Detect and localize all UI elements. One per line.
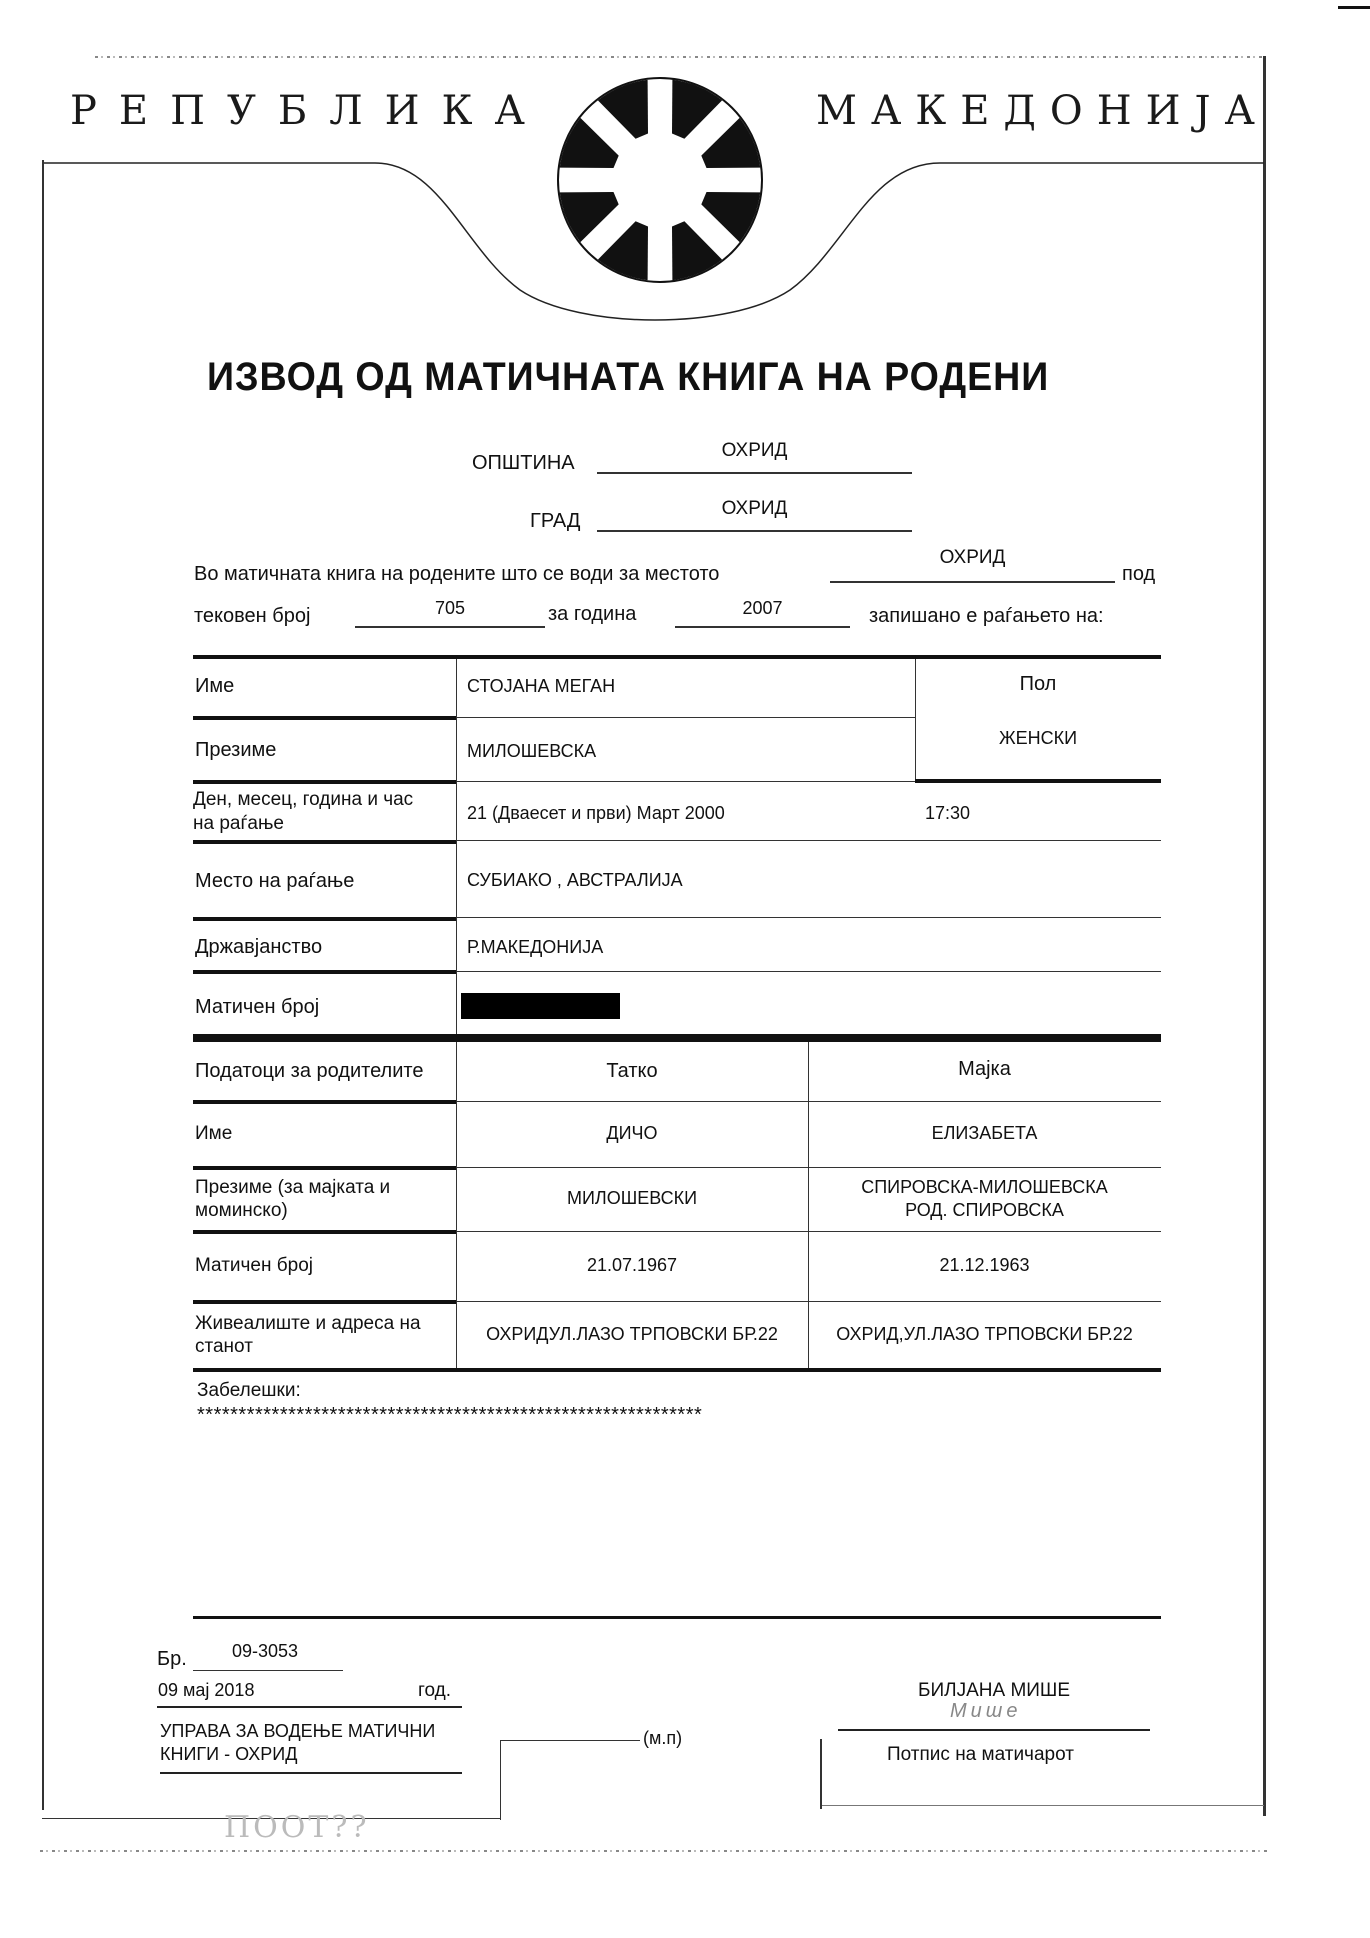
mother-value: 21.12.1963 bbox=[808, 1231, 1161, 1300]
table-rule bbox=[456, 840, 1161, 841]
parent-row-label-line: моминско) bbox=[195, 1199, 455, 1222]
register-sentence-part1: Во матичната книга на родените што се во… bbox=[194, 563, 719, 586]
office-line2: КНИГИ - ОХРИД bbox=[160, 1743, 435, 1766]
id-number-label: Матичен број bbox=[195, 996, 319, 1019]
father-value-line: 21.07.1967 bbox=[456, 1254, 808, 1277]
parent-row-label-line: Име bbox=[195, 1122, 455, 1145]
table-rule bbox=[915, 779, 1161, 783]
sex-value: ЖЕНСКИ bbox=[915, 728, 1161, 749]
city-value: ОХРИД bbox=[597, 498, 912, 520]
sequence-label: тековен број bbox=[194, 605, 310, 628]
seal-line-vertical bbox=[500, 1740, 501, 1820]
parent-row-label: Име bbox=[195, 1101, 455, 1166]
father-value: 21.07.1967 bbox=[456, 1231, 808, 1300]
register-sentence-part2: под bbox=[1122, 563, 1155, 586]
table-rule bbox=[193, 970, 456, 974]
parent-row-label-line: Презиме (за мајката и bbox=[195, 1176, 455, 1199]
registrar-name: БИЛЈАНА МИШЕ bbox=[918, 1680, 1070, 1702]
municipality-value: ОХРИД bbox=[597, 440, 912, 462]
father-header: Татко bbox=[456, 1060, 808, 1083]
number-label: Бр. bbox=[157, 1648, 187, 1671]
city-underline bbox=[597, 530, 912, 532]
number-underline bbox=[193, 1670, 343, 1671]
parent-row-label: Матичен број bbox=[195, 1231, 455, 1300]
last-name-label: Презиме bbox=[195, 739, 276, 762]
birth-datetime-label-line2: на раѓање bbox=[193, 812, 413, 836]
mother-value: ОХРИД,УЛ.ЛАЗО ТРПОВСКИ БР.22 bbox=[808, 1301, 1161, 1368]
office-underline bbox=[160, 1772, 462, 1774]
parent-row-label-line: Живеалиште и адреса на bbox=[195, 1312, 455, 1335]
footer-rule bbox=[193, 1616, 1161, 1619]
year-label: за година bbox=[548, 603, 636, 626]
registrar-signature: Мишe bbox=[950, 1700, 1022, 1723]
mother-value-line: СПИРОВСКА-МИЛОШЕВСКА bbox=[808, 1176, 1161, 1199]
mother-value: СПИРОВСКА-МИЛОШЕВСКАРОД. СПИРОВСКА bbox=[808, 1167, 1161, 1230]
table-rule bbox=[193, 655, 1161, 659]
citizenship-value: Р.МАКЕДОНИЈА bbox=[467, 937, 603, 958]
sun-emblem-icon bbox=[552, 72, 768, 288]
birth-place-value: СУБИАКО , АВСТРАЛИЈА bbox=[467, 870, 683, 891]
signature-underline bbox=[838, 1729, 1150, 1731]
citizenship-label: Државјанство bbox=[195, 936, 322, 959]
seal-label: (м.п) bbox=[643, 1728, 682, 1749]
parent-row-label: Презиме (за мајката имоминско) bbox=[195, 1167, 455, 1230]
year-underline bbox=[675, 626, 850, 628]
municipality-underline bbox=[597, 472, 912, 474]
office-line1: УПРАВА ЗА ВОДЕЊЕ МАТИЧНИ bbox=[160, 1720, 435, 1743]
parents-section-label: Податоци за родителите bbox=[195, 1060, 423, 1083]
left-border bbox=[42, 160, 44, 1810]
year-value: 2007 bbox=[675, 598, 850, 619]
first-name-label: Име bbox=[195, 675, 234, 698]
number-value: 09-3053 bbox=[232, 1641, 298, 1662]
last-name-value: МИЛОШЕВСКА bbox=[467, 741, 596, 762]
year-suffix: год. bbox=[418, 1680, 451, 1702]
signature-label: Потпис на матичарот bbox=[887, 1744, 1074, 1766]
sequence-value: 705 bbox=[355, 598, 545, 619]
first-name-value: СТОЈАНА МЕГАН bbox=[467, 676, 615, 697]
birth-datetime-label: Ден, месец, година и час на раѓање bbox=[193, 788, 413, 836]
table-rule bbox=[193, 780, 456, 784]
table-rule bbox=[456, 917, 1161, 918]
mother-value: ЕЛИЗАБЕТА bbox=[808, 1101, 1161, 1166]
birth-place-label: Место на раѓање bbox=[195, 870, 354, 893]
father-value-line: ДИЧО bbox=[456, 1122, 808, 1145]
birth-datetime-label-line1: Ден, месец, година и час bbox=[193, 788, 413, 812]
mother-value-line: ЕЛИЗАБЕТА bbox=[808, 1122, 1161, 1145]
father-value-line: МИЛОШЕВСКИ bbox=[456, 1187, 808, 1210]
table-rule bbox=[193, 840, 456, 844]
mother-value-line: ОХРИД,УЛ.ЛАЗО ТРПОВСКИ БР.22 bbox=[808, 1323, 1161, 1346]
mother-value-line: 21.12.1963 bbox=[808, 1254, 1161, 1277]
bottom-scan-noise bbox=[40, 1850, 1270, 1852]
father-value: ОХРИДУЛ.ЛАЗО ТРПОВСКИ БР.22 bbox=[456, 1301, 808, 1368]
table-rule bbox=[456, 717, 915, 718]
father-value: МИЛОШЕВСКИ bbox=[456, 1167, 808, 1230]
table-rule bbox=[193, 1368, 1161, 1372]
city-label: ГРАД bbox=[530, 510, 580, 533]
document-title: ИЗВОД ОД МАТИЧНАТА КНИГА НА РОДЕНИ bbox=[207, 355, 1049, 400]
parent-row-label-line: станот bbox=[195, 1335, 455, 1358]
sex-label: Пол bbox=[915, 673, 1161, 696]
table-rule bbox=[456, 781, 915, 782]
issue-date-value: 09 мај 2018 bbox=[158, 1680, 254, 1701]
mother-header: Мајка bbox=[808, 1058, 1161, 1081]
table-rule bbox=[193, 1038, 1161, 1042]
place-underline bbox=[830, 581, 1115, 583]
seal-line bbox=[500, 1740, 640, 1741]
id-number-redaction bbox=[461, 993, 620, 1019]
place-value: ОХРИД bbox=[830, 547, 1115, 569]
sequence-underline bbox=[355, 626, 545, 628]
table-rule bbox=[193, 716, 456, 720]
recorded-label: запишано е раѓањето на: bbox=[869, 605, 1104, 628]
birth-time-value: 17:30 bbox=[925, 803, 970, 824]
father-value: ДИЧО bbox=[456, 1101, 808, 1166]
date-underline bbox=[157, 1706, 462, 1708]
office-name: УПРАВА ЗА ВОДЕЊЕ МАТИЧНИ КНИГИ - ОХРИД bbox=[160, 1720, 435, 1766]
municipality-label: ОПШТИНА bbox=[472, 452, 575, 475]
parent-row-label: Живеалиште и адреса настанот bbox=[195, 1301, 455, 1368]
notes-value: ****************************************… bbox=[197, 1404, 702, 1427]
mother-value-line: РОД. СПИРОВСКА bbox=[808, 1199, 1161, 1222]
table-rule bbox=[193, 917, 456, 921]
table-rule bbox=[456, 971, 1161, 972]
birth-date-value: 21 (Дваесет и први) Март 2000 bbox=[467, 803, 725, 824]
parent-row-label-line: Матичен број bbox=[195, 1254, 455, 1277]
signature-box-left bbox=[820, 1739, 822, 1809]
notes-label: Забелешки: bbox=[197, 1380, 301, 1402]
table-divider-left bbox=[456, 658, 457, 1034]
signature-box-bottom bbox=[822, 1805, 1264, 1806]
father-value-line: ОХРИДУЛ.ЛАЗО ТРПОВСКИ БР.22 bbox=[456, 1323, 808, 1346]
faded-stamp: ПООТ?? bbox=[224, 1810, 370, 1845]
